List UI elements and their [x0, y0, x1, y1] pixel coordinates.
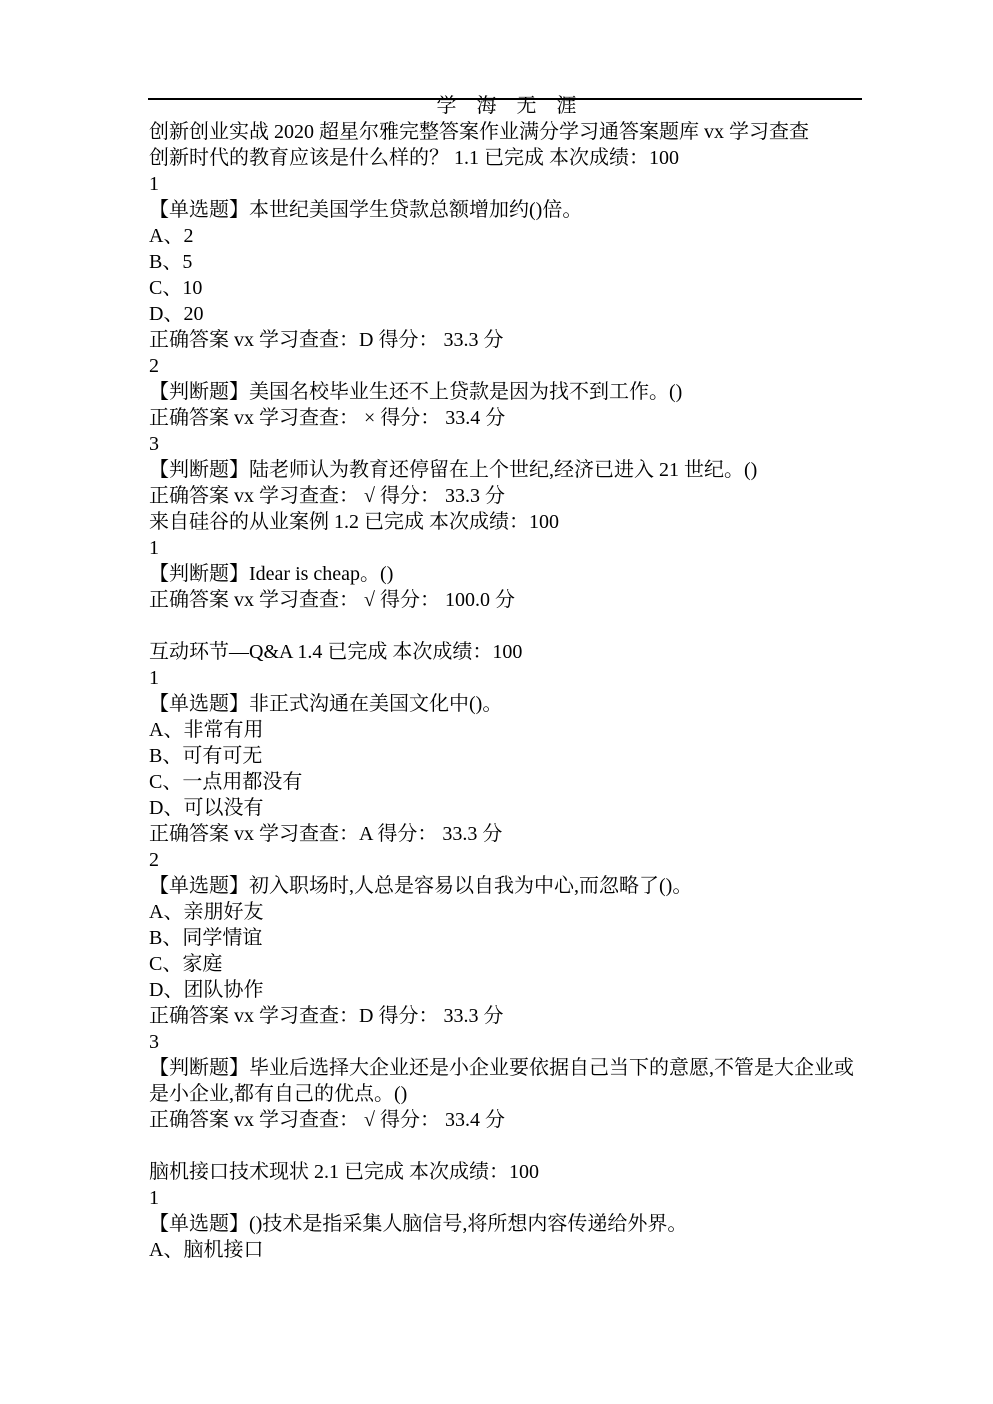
answer-line: 正确答案 vx 学习查查： √ 得分： 33.3 分 — [149, 483, 869, 509]
section-1-1: 创新时代的教育应该是什么样的？ 1.1 已完成 本次成绩：100 1 【单选题】… — [149, 145, 869, 509]
option-line: A、脑机接口 — [149, 1237, 869, 1263]
question-number: 1 — [149, 665, 869, 691]
section-2-1: 脑机接口技术现状 2.1 已完成 本次成绩：100 1 【单选题】()技术是指采… — [149, 1159, 869, 1263]
option-line: B、可有可无 — [149, 743, 869, 769]
question-stem: 【单选题】()技术是指采集人脑信号,将所想内容传递给外界。 — [149, 1211, 869, 1237]
question-stem: 【单选题】初入职场时,人总是容易以自我为中心,而忽略了()。 — [149, 873, 869, 899]
question-stem: 【判断题】毕业后选择大企业还是小企业要依据自己当下的意愿,不管是大企业或是小企业… — [149, 1055, 869, 1107]
section-1-2: 来自硅谷的从业案例 1.2 已完成 本次成绩：100 1 【判断题】Idear … — [149, 509, 869, 613]
question-number: 3 — [149, 431, 869, 457]
document-body: 创新创业实战 2020 超星尔雅完整答案作业满分学习通答案题库 vx 学习查查 … — [149, 119, 869, 1263]
question-number: 2 — [149, 353, 869, 379]
section-title: 创新时代的教育应该是什么样的？ 1.1 已完成 本次成绩：100 — [149, 145, 869, 171]
blank-line — [149, 1133, 869, 1159]
question-number: 1 — [149, 535, 869, 561]
document-page: 学 海 无 涯 创新创业实战 2020 超星尔雅完整答案作业满分学习通答案题库 … — [0, 0, 993, 1404]
option-line: A、2 — [149, 223, 869, 249]
option-line: D、团队协作 — [149, 977, 869, 1003]
question-number: 2 — [149, 847, 869, 873]
question-stem: 【判断题】陆老师认为教育还停留在上个世纪,经济已进入 21 世纪。() — [149, 457, 869, 483]
intro-line: 创新创业实战 2020 超星尔雅完整答案作业满分学习通答案题库 vx 学习查查 — [149, 119, 869, 145]
option-line: B、同学情谊 — [149, 925, 869, 951]
answer-line: 正确答案 vx 学习查查： √ 得分： 33.4 分 — [149, 1107, 869, 1133]
question-stem: 【单选题】本世纪美国学生贷款总额增加约()倍。 — [149, 197, 869, 223]
question-number: 3 — [149, 1029, 869, 1055]
option-line: A、亲朋好友 — [149, 899, 869, 925]
option-line: B、5 — [149, 249, 869, 275]
question-stem: 【单选题】非正式沟通在美国文化中()。 — [149, 691, 869, 717]
question-number: 1 — [149, 1185, 869, 1211]
option-line: C、一点用都没有 — [149, 769, 869, 795]
question-stem: 【判断题】美国名校毕业生还不上贷款是因为找不到工作。() — [149, 379, 869, 405]
option-line: C、10 — [149, 275, 869, 301]
answer-line: 正确答案 vx 学习查查：D 得分： 33.3 分 — [149, 327, 869, 353]
option-line: D、可以没有 — [149, 795, 869, 821]
answer-line: 正确答案 vx 学习查查： × 得分： 33.4 分 — [149, 405, 869, 431]
option-line: A、非常有用 — [149, 717, 869, 743]
option-line: C、家庭 — [149, 951, 869, 977]
option-line: D、20 — [149, 301, 869, 327]
blank-line — [149, 613, 869, 639]
answer-line: 正确答案 vx 学习查查： √ 得分： 100.0 分 — [149, 587, 869, 613]
answer-line: 正确答案 vx 学习查查：A 得分： 33.3 分 — [149, 821, 869, 847]
header-rule — [148, 98, 862, 100]
section-title: 脑机接口技术现状 2.1 已完成 本次成绩：100 — [149, 1159, 869, 1185]
answer-line: 正确答案 vx 学习查查：D 得分： 33.3 分 — [149, 1003, 869, 1029]
section-1-4: 互动环节—Q&A 1.4 已完成 本次成绩：100 1 【单选题】非正式沟通在美… — [149, 639, 869, 1133]
question-stem: 【判断题】Idear is cheap。() — [149, 561, 869, 587]
section-title: 来自硅谷的从业案例 1.2 已完成 本次成绩：100 — [149, 509, 869, 535]
section-title: 互动环节—Q&A 1.4 已完成 本次成绩：100 — [149, 639, 869, 665]
question-number: 1 — [149, 171, 869, 197]
